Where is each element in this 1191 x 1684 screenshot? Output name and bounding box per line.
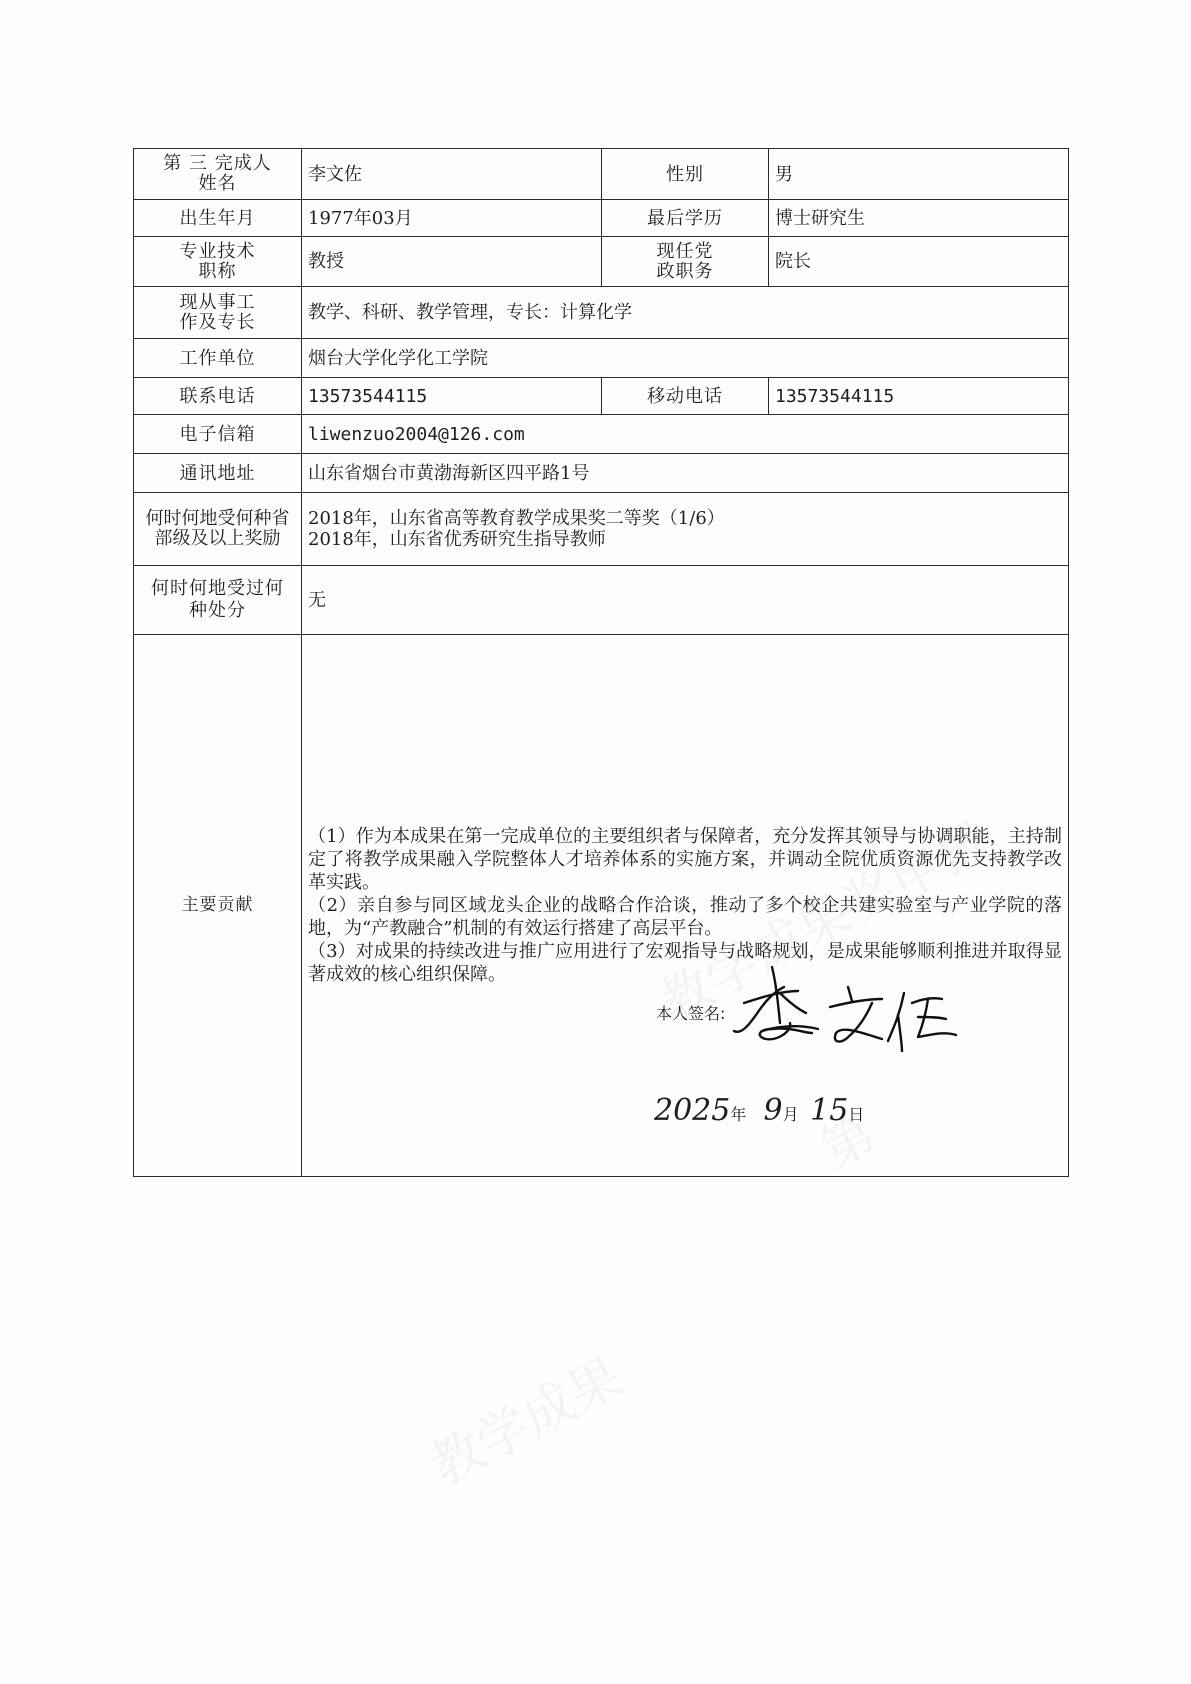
phone-label: 联系电话 xyxy=(134,378,302,415)
name-value: 李文佐 xyxy=(302,149,602,200)
phone-value: 13573544115 xyxy=(302,378,602,415)
work-value: 教学、科研、教学管理，专长：计算化学 xyxy=(302,287,1069,339)
position-label: 现任党 政职务 xyxy=(602,237,769,287)
document-page: 教学成果奖申报 第 教学成果 第 三 完成人 姓名 李文佐 性别 男 出生年月 … xyxy=(0,0,1191,1684)
award-item: 2018年，山东省优秀研究生指导教师 xyxy=(308,529,1062,550)
row-title: 专业技术 职称 教授 现任党 政职务 院长 xyxy=(134,237,1069,287)
contribution-value: （1）作为本成果在第一完成单位的主要组织者与保障者，充分发挥其领导与协调职能，主… xyxy=(302,635,1069,1177)
row-employer: 工作单位 烟台大学化学化工学院 xyxy=(134,339,1069,378)
month-unit: 月 xyxy=(783,1105,799,1124)
date-day: 15 xyxy=(810,1093,848,1128)
completer-info-table: 第 三 完成人 姓名 李文佐 性别 男 出生年月 1977年03月 最后学历 博… xyxy=(133,148,1069,1177)
awards-label: 何时何地受何种省部级及以上奖励 xyxy=(134,493,302,566)
address-label: 通讯地址 xyxy=(134,454,302,493)
position-value: 院长 xyxy=(769,237,1069,287)
row-email: 电子信箱 liwenzuo2004@126.com xyxy=(134,415,1069,454)
signature-label: 本人签名: xyxy=(656,1003,725,1024)
row-awards: 何时何地受何种省部级及以上奖励 2018年，山东省高等教育教学成果奖二等奖（1/… xyxy=(134,493,1069,566)
row-phone: 联系电话 13573544115 移动电话 13573544115 xyxy=(134,378,1069,415)
watermark: 教学成果 xyxy=(415,1336,634,1500)
date-month: 9 xyxy=(764,1093,783,1128)
contribution-paragraph: （2）亲自参与同区域龙头企业的战略合作洽谈，推动了多个校企共建实验室与产业学院的… xyxy=(308,894,1062,940)
employer-value: 烟台大学化学化工学院 xyxy=(302,339,1069,378)
day-unit: 日 xyxy=(848,1105,864,1124)
contribution-paragraph: （1）作为本成果在第一完成单位的主要组织者与保障者，充分发挥其领导与协调职能，主… xyxy=(308,825,1062,894)
name-label: 第 三 完成人 姓名 xyxy=(134,149,302,200)
row-name: 第 三 完成人 姓名 李文佐 性别 男 xyxy=(134,149,1069,200)
date-year: 2025 xyxy=(654,1093,730,1128)
gender-label: 性别 xyxy=(602,149,769,200)
signature-date: 2025年 9月 15日 xyxy=(654,1100,954,1160)
year-unit: 年 xyxy=(730,1105,746,1124)
row-contribution: 主要贡献 （1）作为本成果在第一完成单位的主要组织者与保障者，充分发挥其领导与协… xyxy=(134,635,1069,1177)
row-penalty: 何时何地受过何种处分 无 xyxy=(134,566,1069,635)
penalty-label: 何时何地受过何种处分 xyxy=(134,566,302,635)
title-label: 专业技术 职称 xyxy=(134,237,302,287)
mobile-value: 13573544115 xyxy=(769,378,1069,415)
education-label: 最后学历 xyxy=(602,200,769,237)
employer-label: 工作单位 xyxy=(134,339,302,378)
row-address: 通讯地址 山东省烟台市黄渤海新区四平路1号 xyxy=(134,454,1069,493)
birth-value: 1977年03月 xyxy=(302,200,602,237)
contribution-label: 主要贡献 xyxy=(134,635,302,1177)
email-value: liwenzuo2004@126.com xyxy=(302,415,1069,454)
row-birth: 出生年月 1977年03月 最后学历 博士研究生 xyxy=(134,200,1069,237)
title-value: 教授 xyxy=(302,237,602,287)
birth-label: 出生年月 xyxy=(134,200,302,237)
awards-value: 2018年，山东省高等教育教学成果奖二等奖（1/6） 2018年，山东省优秀研究… xyxy=(302,493,1069,566)
mobile-label: 移动电话 xyxy=(602,378,769,415)
award-item: 2018年，山东省高等教育教学成果奖二等奖（1/6） xyxy=(308,508,1062,529)
penalty-value: 无 xyxy=(302,566,1069,635)
education-value: 博士研究生 xyxy=(769,200,1069,237)
handwritten-signature xyxy=(732,953,962,1053)
row-work: 现从事工 作及专长 教学、科研、教学管理，专长：计算化学 xyxy=(134,287,1069,339)
email-label: 电子信箱 xyxy=(134,415,302,454)
address-value: 山东省烟台市黄渤海新区四平路1号 xyxy=(302,454,1069,493)
work-label: 现从事工 作及专长 xyxy=(134,287,302,339)
gender-value: 男 xyxy=(769,149,1069,200)
